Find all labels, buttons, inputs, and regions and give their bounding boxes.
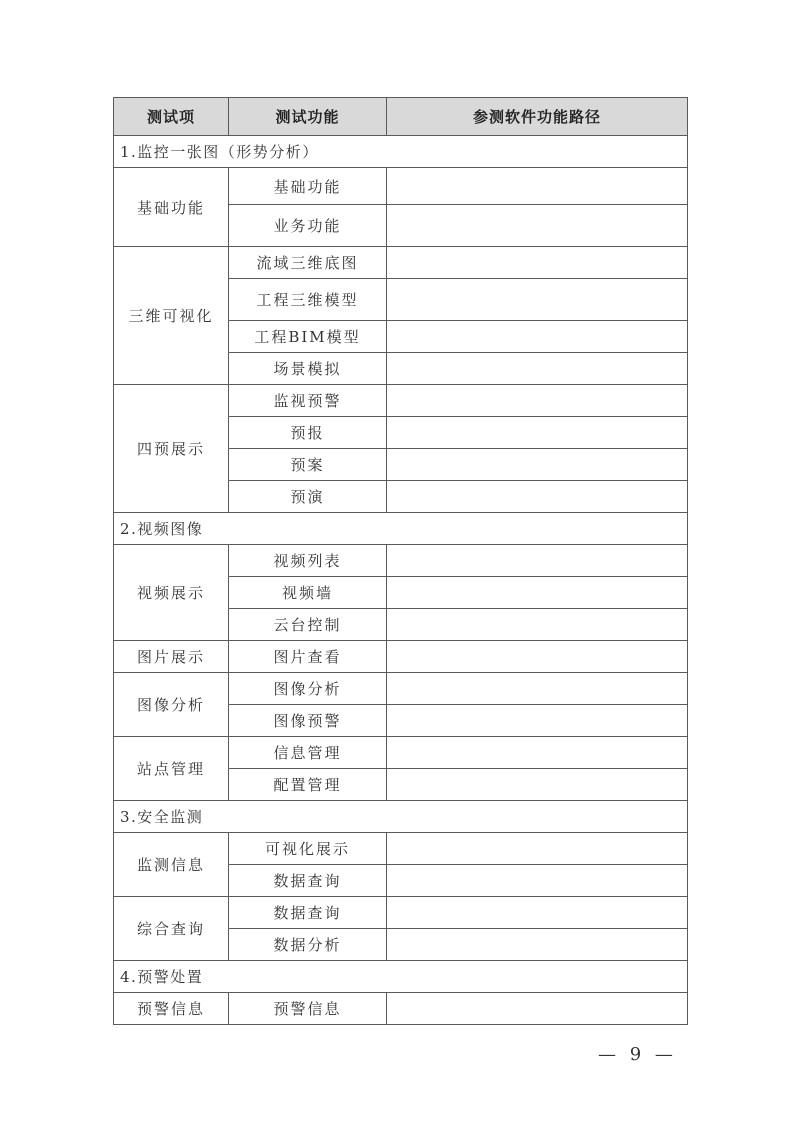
test-function-cell: 信息管理 — [229, 737, 387, 769]
software-path-cell[interactable] — [387, 897, 688, 929]
test-item-cell: 图像分析 — [114, 673, 229, 737]
software-path-cell[interactable] — [387, 417, 688, 449]
test-function-cell: 配置管理 — [229, 769, 387, 801]
table-row: 四预展示 监视预警 — [114, 385, 688, 417]
test-function-cell: 监视预警 — [229, 385, 387, 417]
test-item-cell: 基础功能 — [114, 168, 229, 247]
table-row: 综合查询 数据查询 — [114, 897, 688, 929]
test-item-cell: 四预展示 — [114, 385, 229, 513]
test-function-cell: 业务功能 — [229, 205, 387, 247]
test-function-cell: 预演 — [229, 481, 387, 513]
test-function-cell: 云台控制 — [229, 609, 387, 641]
software-path-cell[interactable] — [387, 737, 688, 769]
software-path-cell[interactable] — [387, 353, 688, 385]
test-function-cell: 图片查看 — [229, 641, 387, 673]
document-page: 测试项 测试功能 参测软件功能路径 1.监控一张图（形势分析） 基础功能 基础功… — [0, 0, 800, 1131]
software-path-cell[interactable] — [387, 609, 688, 641]
test-item-cell: 预警信息 — [114, 993, 229, 1025]
header-test-item: 测试项 — [114, 98, 229, 136]
test-function-cell: 数据分析 — [229, 929, 387, 961]
section-title: 3.安全监测 — [114, 801, 688, 833]
software-path-cell[interactable] — [387, 481, 688, 513]
test-function-cell: 预警信息 — [229, 993, 387, 1025]
test-item-cell: 监测信息 — [114, 833, 229, 897]
software-path-cell[interactable] — [387, 321, 688, 353]
table-row: 三维可视化 流域三维底图 — [114, 247, 688, 279]
table-row: 站点管理 信息管理 — [114, 737, 688, 769]
test-function-cell: 场景模拟 — [229, 353, 387, 385]
test-function-cell: 流域三维底图 — [229, 247, 387, 279]
software-path-cell[interactable] — [387, 993, 688, 1025]
table-row: 图像分析 图像分析 — [114, 673, 688, 705]
table-header-row: 测试项 测试功能 参测软件功能路径 — [114, 98, 688, 136]
header-software-path: 参测软件功能路径 — [387, 98, 688, 136]
software-path-cell[interactable] — [387, 865, 688, 897]
header-test-function: 测试功能 — [229, 98, 387, 136]
software-path-cell[interactable] — [387, 705, 688, 737]
section-title: 4.预警处置 — [114, 961, 688, 993]
test-function-cell: 数据查询 — [229, 865, 387, 897]
test-item-cell: 三维可视化 — [114, 247, 229, 385]
software-path-cell[interactable] — [387, 385, 688, 417]
section-row: 3.安全监测 — [114, 801, 688, 833]
test-item-cell: 图片展示 — [114, 641, 229, 673]
table-row: 图片展示 图片查看 — [114, 641, 688, 673]
test-function-cell: 可视化展示 — [229, 833, 387, 865]
test-function-cell: 图像分析 — [229, 673, 387, 705]
software-path-cell[interactable] — [387, 545, 688, 577]
software-path-cell[interactable] — [387, 205, 688, 247]
test-function-cell: 图像预警 — [229, 705, 387, 737]
software-path-cell[interactable] — [387, 168, 688, 205]
test-function-cell: 视频墙 — [229, 577, 387, 609]
table-row: 预警信息 预警信息 — [114, 993, 688, 1025]
section-row: 1.监控一张图（形势分析） — [114, 136, 688, 168]
table-row: 视频展示 视频列表 — [114, 545, 688, 577]
test-function-cell: 工程BIM模型 — [229, 321, 387, 353]
software-path-cell[interactable] — [387, 769, 688, 801]
software-path-cell[interactable] — [387, 929, 688, 961]
section-title: 1.监控一张图（形势分析） — [114, 136, 688, 168]
test-function-cell: 预报 — [229, 417, 387, 449]
software-path-cell[interactable] — [387, 247, 688, 279]
test-item-cell: 视频展示 — [114, 545, 229, 641]
test-function-cell: 数据查询 — [229, 897, 387, 929]
software-path-cell[interactable] — [387, 449, 688, 481]
section-title: 2.视频图像 — [114, 513, 688, 545]
test-item-cell: 综合查询 — [114, 897, 229, 961]
software-path-cell[interactable] — [387, 673, 688, 705]
section-row: 2.视频图像 — [114, 513, 688, 545]
test-function-cell: 视频列表 — [229, 545, 387, 577]
table-row: 监测信息 可视化展示 — [114, 833, 688, 865]
section-row: 4.预警处置 — [114, 961, 688, 993]
software-path-cell[interactable] — [387, 641, 688, 673]
test-item-cell: 站点管理 — [114, 737, 229, 801]
test-function-cell: 预案 — [229, 449, 387, 481]
software-path-cell[interactable] — [387, 833, 688, 865]
software-path-cell[interactable] — [387, 577, 688, 609]
test-items-table: 测试项 测试功能 参测软件功能路径 1.监控一张图（形势分析） 基础功能 基础功… — [113, 97, 688, 1025]
table-row: 基础功能 基础功能 — [114, 168, 688, 205]
page-number: — 9 — — [598, 1044, 677, 1065]
test-function-cell: 工程三维模型 — [229, 279, 387, 321]
software-path-cell[interactable] — [387, 279, 688, 321]
test-function-cell: 基础功能 — [229, 168, 387, 205]
